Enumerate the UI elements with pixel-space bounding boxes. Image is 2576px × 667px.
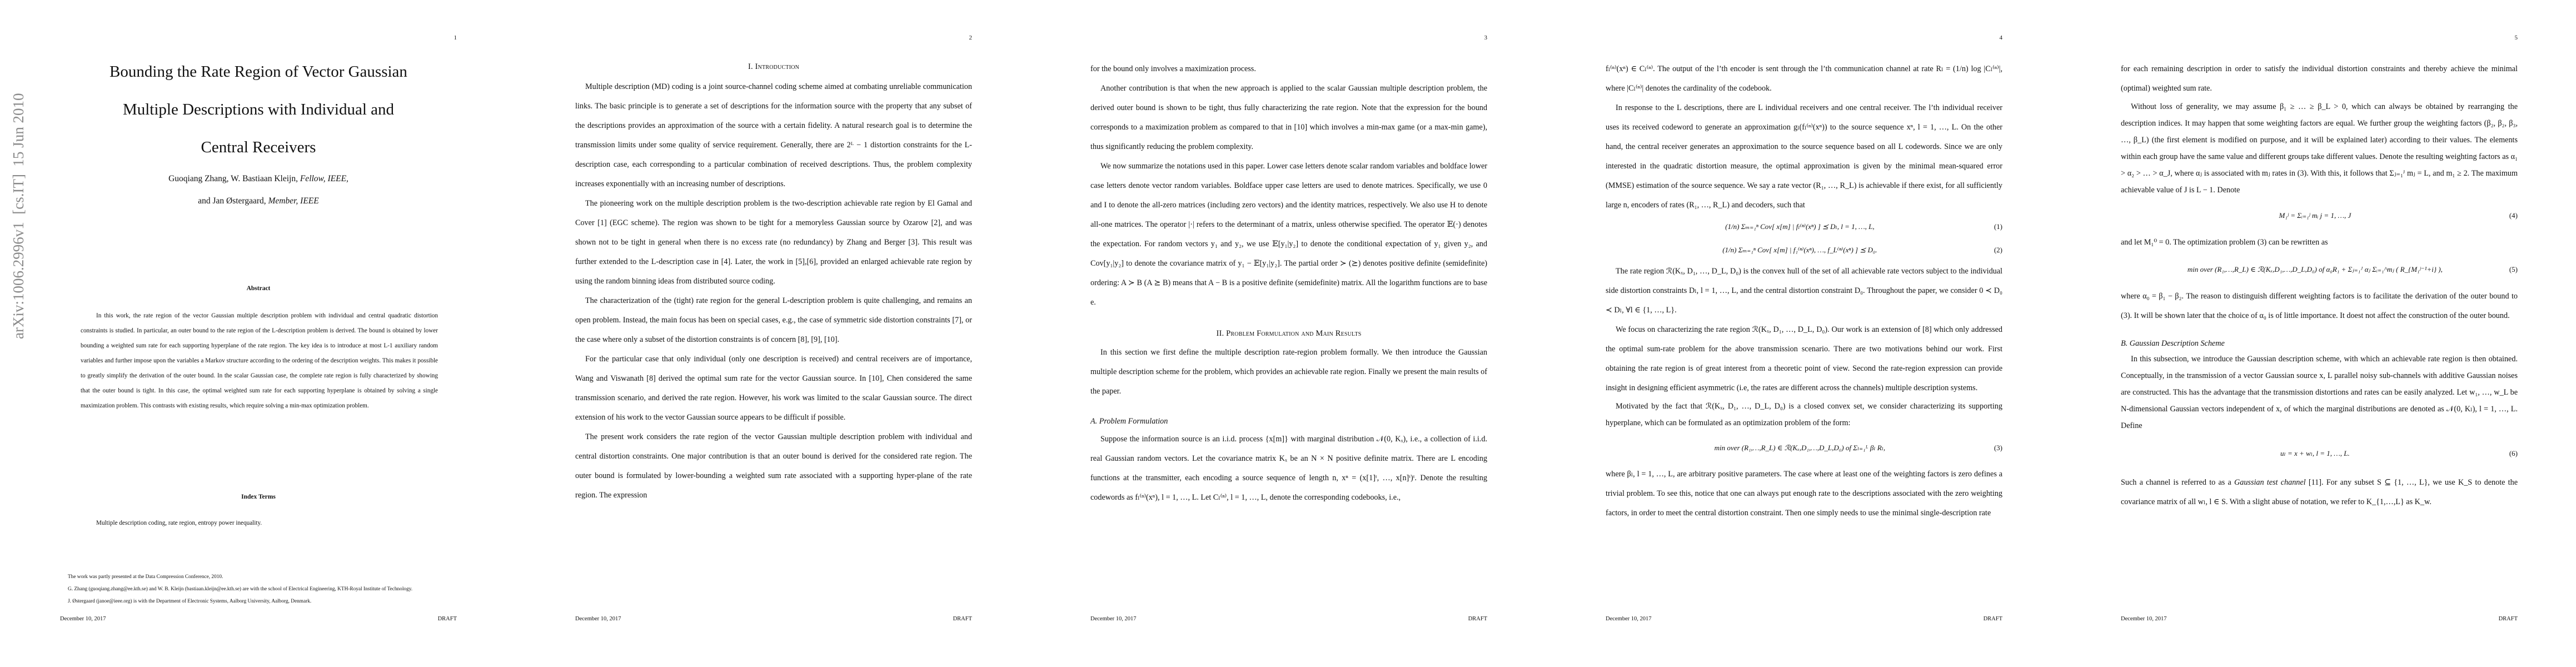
authors-line-1: Guoqiang Zhang, W. Bastiaan Kleijn, Fell… (33, 168, 484, 190)
paragraph: Multiple description (MD) coding is a jo… (575, 77, 972, 194)
page-footer: December 10, 2017 DRAFT (60, 616, 457, 622)
paragraph: Suppose the information source is an i.i… (1090, 430, 1487, 507)
index-terms-heading: Index Terms (33, 494, 484, 500)
paragraph: For the particular case that only indivi… (575, 350, 972, 427)
equation-number: (2) (1994, 246, 2002, 255)
page-footer: December 10, 2017 DRAFT (2121, 616, 2518, 622)
paragraph: Another contribution is that when the ne… (1090, 79, 1487, 157)
equation-1: (1/n) Σₘ₌₁ⁿ Cov[ x[m] | fₗ⁽ⁿ⁾(xⁿ) ] ⪯ Dₗ… (1606, 215, 2002, 238)
page-2: 2 I. Introduction Multiple description (… (515, 0, 1030, 667)
equation-number: (3) (1994, 444, 2002, 452)
text-column: fₗ⁽ⁿ⁾(xⁿ) ∈ Cₗ⁽ⁿ⁾. The output of the l’t… (1606, 59, 2002, 523)
equation-number: (6) (2509, 449, 2518, 458)
equation-expression: (1/n) Σₘ₌₁ⁿ Cov[ x[m] | fₗ⁽ⁿ⁾(xⁿ) ] ⪯ Dₗ… (1606, 222, 1994, 231)
footer-date: December 10, 2017 (575, 616, 621, 622)
arxiv-watermark: arXiv:1006.2996v1 [cs.IT] 15 Jun 2010 (10, 93, 27, 339)
footnote: J. Østergaard (janoe@ieee.org) is with t… (60, 597, 457, 606)
footer-date: December 10, 2017 (60, 616, 106, 622)
emphasis: Gaussian test channel (2234, 478, 2306, 487)
equation-3: min over (R₁,…,R_L) ∈ ℛ(Kₓ,D₁,…,D_L,D₀) … (1606, 431, 2002, 465)
text-column: I. Introduction Multiple description (MD… (575, 62, 972, 505)
page-number: 3 (1484, 34, 1488, 41)
author-list: Guoqiang Zhang, W. Bastiaan Kleijn, Fell… (33, 168, 484, 212)
title-line: Multiple Descriptions with Individual an… (33, 91, 484, 128)
author-names: Guoqiang Zhang, W. Bastiaan Kleijn, (168, 174, 300, 183)
paragraph: We focus on characterizing the rate regi… (1606, 320, 2002, 398)
equation-expression: M₁ʲ = Σᵢ₌₁ʲ mᵢ j = 1, …, J (2121, 211, 2509, 220)
equation-number: (4) (2509, 211, 2518, 220)
paragraph: where βₗ, l = 1, …, L, are arbitrary pos… (1606, 465, 2002, 523)
page-footer: December 10, 2017 DRAFT (1090, 616, 1487, 622)
abstract-heading: Abstract (33, 285, 484, 292)
page-number: 2 (969, 34, 973, 41)
paragraph: fₗ⁽ⁿ⁾(xⁿ) ∈ Cₗ⁽ⁿ⁾. The output of the l’t… (1606, 59, 2002, 98)
page-number: 5 (2515, 34, 2518, 41)
paragraph: Without loss of generality, we may assum… (2121, 98, 2518, 198)
equation-5: min over (R₁,…,R_L) ∈ ℛ(Kₓ,D₁,…,D_L,D₀) … (2121, 252, 2518, 287)
footer-status: DRAFT (438, 616, 457, 622)
paragraph: for each remaining description in order … (2121, 59, 2518, 98)
section-heading: I. Introduction (575, 62, 972, 72)
paragraph: We now summarize the notations used in t… (1090, 157, 1487, 312)
footer-date: December 10, 2017 (2121, 616, 2167, 622)
footer-status: DRAFT (2499, 616, 2518, 622)
footer-status: DRAFT (1984, 616, 2002, 622)
paragraph: In this section we first define the mult… (1090, 343, 1487, 401)
paragraph: The present work considers the rate regi… (575, 427, 972, 505)
paragraph: and let M₁⁰ = 0. The optimization proble… (2121, 233, 2518, 252)
paragraph: where α₀ = β₁ − β₂. The reason to distin… (2121, 287, 2518, 326)
footer-status: DRAFT (1468, 616, 1487, 622)
paragraph: Motivated by the fact that ℛ(Kₓ, D₁, …, … (1606, 398, 2002, 431)
title-line: Central Receivers (33, 128, 484, 166)
paragraph: In this subsection, we introduce the Gau… (2121, 351, 2518, 434)
page-footer: December 10, 2017 DRAFT (575, 616, 972, 622)
section-heading: II. Problem Formulation and Main Results (1090, 329, 1487, 339)
page-1: arXiv:1006.2996v1 [cs.IT] 15 Jun 2010 1 … (0, 0, 515, 667)
equation-number: (1) (1994, 222, 2002, 231)
text-run: Such a channel is referred to as a (2121, 478, 2234, 487)
author-title: Member, IEEE (268, 196, 319, 206)
equation-expression: uₗ = x + wₗ, l = 1, …, L. (2121, 449, 2509, 458)
equation-expression: min over (R₁,…,R_L) ∈ ℛ(Kₓ,D₁,…,D_L,D₀) … (2121, 265, 2509, 274)
equation-6: uₗ = x + wₗ, l = 1, …, L. (6) (2121, 434, 2518, 473)
paper-title: Bounding the Rate Region of Vector Gauss… (33, 53, 484, 166)
subsection-heading: B. Gaussian Description Scheme (2121, 339, 2518, 349)
text-column: for the bound only involves a maximizati… (1090, 59, 1487, 507)
equation-4: M₁ʲ = Σᵢ₌₁ʲ mᵢ j = 1, …, J (4) (2121, 198, 2518, 233)
page-number: 4 (2000, 34, 2003, 41)
document-viewer: arXiv:1006.2996v1 [cs.IT] 15 Jun 2010 1 … (0, 0, 2576, 667)
footer-date: December 10, 2017 (1606, 616, 1652, 622)
equation-expression: min over (R₁,…,R_L) ∈ ℛ(Kₓ,D₁,…,D_L,D₀) … (1606, 444, 1994, 452)
text-column: for each remaining description in order … (2121, 59, 2518, 512)
title-line: Bounding the Rate Region of Vector Gauss… (33, 53, 484, 91)
paragraph: Such a channel is referred to as a Gauss… (2121, 473, 2518, 512)
page-3: 3 for the bound only involves a maximiza… (1030, 0, 1546, 667)
equation-number: (5) (2509, 265, 2518, 274)
paragraph: In response to the L descriptions, there… (1606, 98, 2002, 215)
author-names: and Jan Østergaard, (198, 196, 268, 206)
equation-expression: (1/n) Σₘ₌₁ⁿ Cov[ x[m] | f₁⁽ⁿ⁾(xⁿ), …, f_… (1606, 246, 1994, 255)
paragraph: The pioneering work on the multiple desc… (575, 194, 972, 291)
paragraph: The rate region ℛ(Kₓ, D₁, …, D_L, D₀) is… (1606, 262, 2002, 320)
paragraph: The characterization of the (tight) rate… (575, 291, 972, 350)
subsection-heading: A. Problem Formulation (1090, 417, 1487, 426)
footnote: G. Zhang (guoqiang.zhang@ee.kth.se) and … (60, 585, 457, 594)
footnote: The work was partly presented at the Dat… (60, 573, 457, 581)
footnotes: The work was partly presented at the Dat… (60, 573, 457, 609)
footer-date: December 10, 2017 (1090, 616, 1137, 622)
footer-status: DRAFT (953, 616, 972, 622)
equation-2: (1/n) Σₘ₌₁ⁿ Cov[ x[m] | f₁⁽ⁿ⁾(xⁿ), …, f_… (1606, 238, 2002, 262)
author-title: Fellow, IEEE, (300, 174, 348, 183)
page-footer: December 10, 2017 DRAFT (1606, 616, 2002, 622)
page-4: 4 fₗ⁽ⁿ⁾(xⁿ) ∈ Cₗ⁽ⁿ⁾. The output of the l… (1546, 0, 2061, 667)
page-5: 5 for each remaining description in orde… (2061, 0, 2576, 667)
index-terms-body: Multiple description coding, rate region… (96, 520, 262, 526)
paragraph: for the bound only involves a maximizati… (1090, 59, 1487, 79)
abstract-body: In this work, the rate region of the vec… (81, 308, 438, 414)
authors-line-2: and Jan Østergaard, Member, IEEE (33, 190, 484, 212)
page-number: 1 (454, 34, 457, 41)
